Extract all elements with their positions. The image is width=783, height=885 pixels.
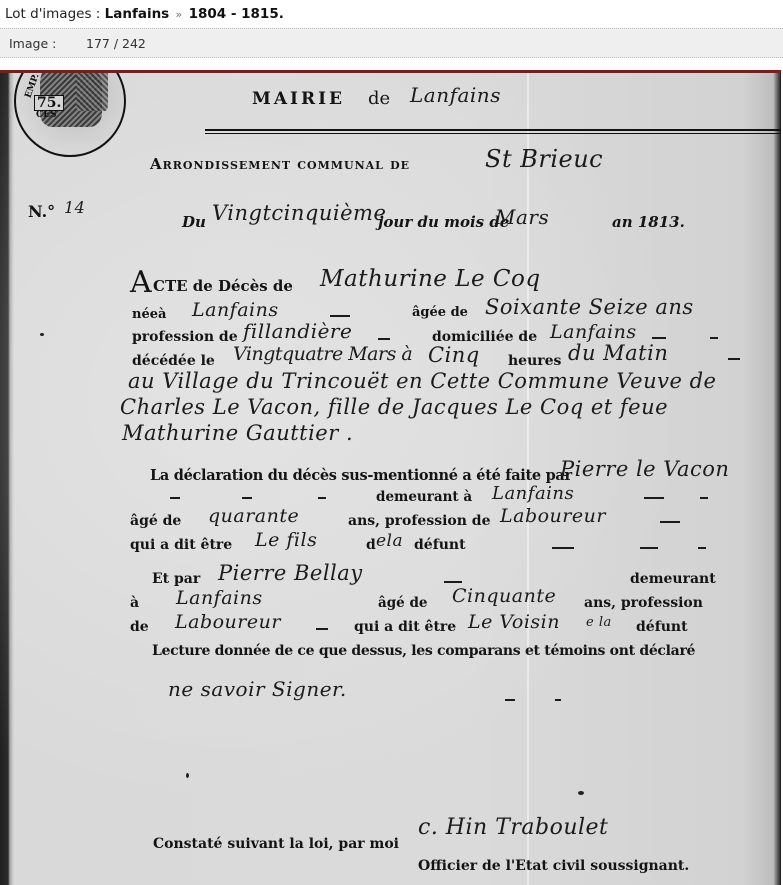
handwritten-la: ela xyxy=(376,531,403,551)
handwritten-numero: 14 xyxy=(64,198,85,217)
stamp-value: 75. xyxy=(34,95,64,111)
de-label: de xyxy=(130,619,149,635)
handwritten-signature: c. Hin Traboulet xyxy=(418,815,608,840)
handwritten-jour: Vingtcinquième xyxy=(212,201,386,225)
handwritten-domicile: Lanfains xyxy=(550,321,637,343)
handwritten-lieu-naissance: Lanfains xyxy=(192,299,279,321)
dash xyxy=(505,699,515,701)
declaration-label: La déclaration du décès sus-mentionné a … xyxy=(150,467,572,484)
qui-a-dit-label: qui a dit être xyxy=(130,537,232,553)
et-par-label: Et par xyxy=(152,571,200,587)
dash xyxy=(330,315,350,317)
defunt-label-2: défunt xyxy=(636,619,688,635)
handwritten-date-deces: Vingtquatre Mars à xyxy=(233,343,412,365)
handwritten-la-2: e la xyxy=(586,615,612,630)
dash xyxy=(555,699,561,701)
image-navigation-bar: Image : 177 / 242 xyxy=(0,28,783,58)
paper-speck xyxy=(578,791,584,795)
handwritten-declarant-domicile: Lanfains xyxy=(492,483,574,504)
mairie-heading: MAIRIE xyxy=(252,89,345,109)
acte-label: CTE de Décès de xyxy=(153,277,293,295)
handwritten-temoin-domicile: Lanfains xyxy=(176,587,263,609)
handwritten-line-1: au Village du Trincouët en Cette Commune… xyxy=(128,369,716,393)
lot-place-link[interactable]: Lanfains xyxy=(105,6,170,22)
ans-profession-label-2: ans, profession xyxy=(584,595,703,611)
handwritten-commune: Lanfains xyxy=(410,83,501,107)
du-label: Du xyxy=(182,213,206,231)
stamp-cents: CES xyxy=(36,110,57,120)
lot-years: 1804 - 1815. xyxy=(189,6,284,22)
dash xyxy=(444,581,462,583)
stamp-figure xyxy=(76,70,108,111)
dash xyxy=(700,497,708,499)
handwritten-mois: Mars xyxy=(495,205,549,229)
handwritten-declarant-profession: Laboureur xyxy=(500,505,606,527)
handwritten-line-3: Mathurine Gauttier . xyxy=(122,421,353,445)
handwritten-temoin: Pierre Bellay xyxy=(218,561,363,585)
handwritten-temoin-lien: Le Voisin xyxy=(468,611,560,633)
paper-speck xyxy=(40,333,44,336)
numero-label: N.° xyxy=(28,202,55,221)
dash xyxy=(378,338,390,340)
handwritten-declarant-age: quarante xyxy=(208,505,299,527)
handwritten-line-2: Charles Le Vacon, fille de Jacques Le Co… xyxy=(120,395,668,419)
dash xyxy=(552,547,574,549)
dash xyxy=(640,547,658,549)
demeurant-a-label: demeurant à xyxy=(376,489,472,505)
dash xyxy=(710,337,718,339)
nee-a-label: néeà xyxy=(132,307,166,322)
age-de-label: âgé de xyxy=(130,513,181,529)
jour-du-mois-label: jour du mois de xyxy=(378,213,509,231)
handwritten-declarant-lien: Le fils xyxy=(255,529,317,551)
a-label: à xyxy=(130,595,139,611)
defunt-label: défunt xyxy=(414,537,466,553)
dash xyxy=(242,497,252,499)
dash xyxy=(698,547,706,549)
lot-title: Lot d'images : Lanfains » 1804 - 1815. xyxy=(5,3,284,25)
an-label: an 1813. xyxy=(612,213,685,231)
decede-le-label: décédée le xyxy=(132,353,215,369)
handwritten-temoin-profession: Laboureur xyxy=(175,611,281,633)
de-la-label: d xyxy=(366,537,376,553)
acte-initial: A xyxy=(130,265,152,300)
dash xyxy=(316,628,328,630)
handwritten-declaration-finale: ne savoir Signer. xyxy=(168,677,347,701)
handwritten-age: Soixante Seize ans xyxy=(485,295,694,319)
document-image-viewer[interactable]: EMP. 75. CES MAIRIE de Lanfains Arrondis… xyxy=(0,70,781,885)
double-rule xyxy=(205,129,781,134)
handwritten-arrondissement: St Brieuc xyxy=(485,145,603,173)
demeurant-label: demeurant xyxy=(630,571,716,587)
lot-label: Lot d'images : xyxy=(5,6,100,22)
dash xyxy=(318,497,326,499)
dash xyxy=(652,337,666,339)
dash xyxy=(170,497,180,499)
handwritten-matin: du Matin xyxy=(568,341,668,365)
handwritten-declarant: Pierre le Vacon xyxy=(560,457,729,481)
handwritten-temoin-age: Cinquante xyxy=(452,585,556,607)
officier-label: Officier de l'Etat civil soussignant. xyxy=(418,858,689,874)
arrondissement-label: Arrondissement communal de xyxy=(150,155,410,173)
paper-speck xyxy=(186,773,189,778)
scanned-document: EMP. 75. CES MAIRIE de Lanfains Arrondis… xyxy=(0,73,781,885)
heures-label: heures xyxy=(508,353,561,369)
handwritten-heure: Cinq xyxy=(428,343,480,367)
tax-stamp: EMP. 75. CES xyxy=(14,70,126,157)
constate-label: Constaté suivant la loi, par moi xyxy=(153,836,399,852)
dash xyxy=(644,497,664,499)
ans-profession-label: ans, profession de xyxy=(348,513,490,529)
breadcrumb-separator: » xyxy=(174,8,185,21)
handwritten-profession: fillandière xyxy=(243,319,352,343)
image-counter[interactable]: 177 / 242 xyxy=(86,29,146,58)
image-label: Image : xyxy=(9,29,56,58)
dash xyxy=(728,358,740,360)
profession-label: profession de xyxy=(132,329,238,345)
age-de-label-2: âgé de xyxy=(378,595,428,611)
handwritten-defunte: Mathurine Le Coq xyxy=(320,266,541,292)
mairie-de: de xyxy=(368,88,390,109)
dash xyxy=(660,521,680,523)
lecture-label: Lecture donnée de ce que dessus, les com… xyxy=(152,643,695,659)
qui-a-dit-label-2: qui a dit être xyxy=(354,619,456,635)
agee-de-label: âgée de xyxy=(412,305,468,320)
